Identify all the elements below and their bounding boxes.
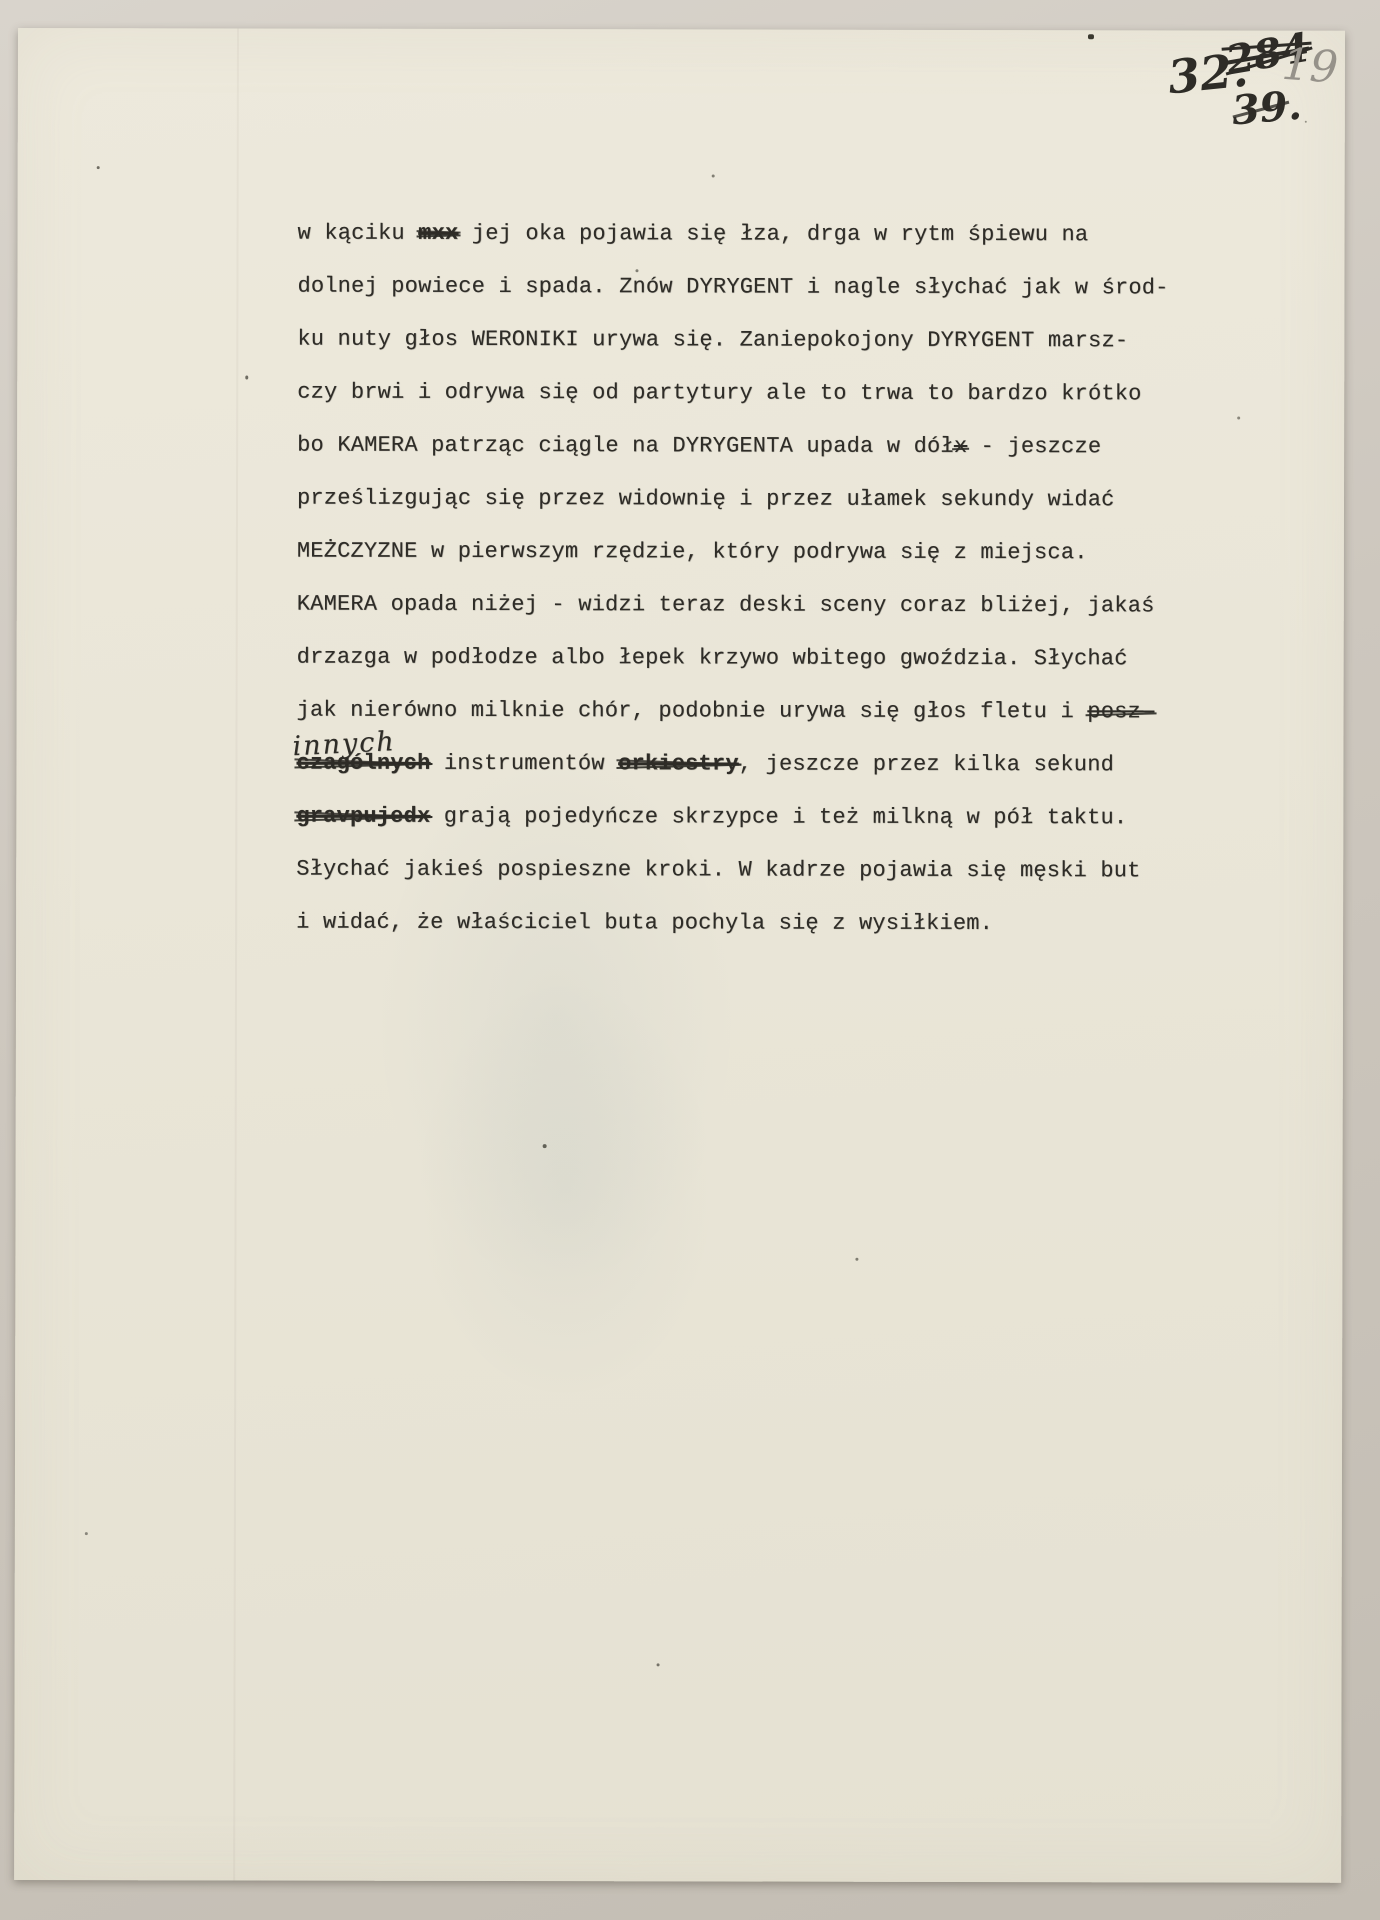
scan-speck <box>635 269 638 272</box>
typed-line: prześlizgując się przez widownię i przez… <box>297 472 1187 527</box>
ink-bleed-ghost <box>415 979 716 1400</box>
typed-text: prześlizgując się przez widownię i przez… <box>297 486 1115 513</box>
scan-speck <box>245 375 248 379</box>
typed-line: czy brwi i odrywa się od partytury ale t… <box>297 366 1187 421</box>
typed-line: ku nuty głos WERONIKI urywa się. Zaniepo… <box>297 313 1187 368</box>
typed-text: w kąciku <box>298 221 419 246</box>
typed-text: KAMERA opada niżej - widzi teraz deski s… <box>297 592 1155 619</box>
scan-speck <box>657 1663 660 1666</box>
typed-text: , jeszcze przez kilka sekund <box>739 752 1114 778</box>
typed-text: i widać, że właściciel buta pochyla się … <box>296 910 993 936</box>
struck-text: posz- <box>1087 699 1154 724</box>
scan-speck <box>1237 417 1240 420</box>
typed-text: grają pojedyńcze skrzypce i też milkną w… <box>430 804 1127 830</box>
typed-text: ku nuty głos WERONIKI urywa się. Zaniepo… <box>297 327 1128 354</box>
typed-text: Słychać jakieś pospieszne kroki. W kadrz… <box>296 857 1140 884</box>
handwritten-correction: innych <box>292 726 397 762</box>
typed-line: drzazga w podłodze albo łepek krzywo wbi… <box>297 631 1187 686</box>
scan-speck <box>97 166 100 169</box>
typed-line: Słychać jakieś pospieszne kroki. W kadrz… <box>296 843 1186 898</box>
struck-text: x <box>954 434 967 459</box>
typed-line: jak nierówno milknie chór, podobnie uryw… <box>297 684 1187 739</box>
typed-text: - jeszcze <box>967 434 1101 459</box>
typed-line: bo KAMERA patrząc ciągle na DYRYGENTA up… <box>297 419 1187 474</box>
typed-text: jej oka pojawia się łza, drga w rytm śpi… <box>458 221 1088 247</box>
paper-crease <box>233 28 239 1880</box>
struck-text: mxx <box>418 221 458 246</box>
scan-speck <box>85 1532 88 1535</box>
typed-line: dolnej powiece i spada. Znów DYRYGENT i … <box>297 260 1187 315</box>
typed-text: drzazga w podłodze albo łepek krzywo wbi… <box>297 645 1128 672</box>
typed-line: KAMERA opada niżej - widzi teraz deski s… <box>297 578 1187 633</box>
typed-text: dolnej powiece i spada. Znów DYRYGENT i … <box>297 274 1168 301</box>
scan-speck <box>855 1258 858 1261</box>
typed-text: instrumentów <box>430 751 618 776</box>
scan-speck <box>319 283 321 285</box>
typed-text: jak nierówno milknie chór, podobnie uryw… <box>297 698 1088 725</box>
page-number-secondary: 39. <box>1230 82 1303 135</box>
typed-text: czy brwi i odrywa się od partytury ale t… <box>297 380 1141 407</box>
typed-text: MEŻCZYZNE w pierwszym rzędzie, który pod… <box>297 539 1088 566</box>
struck-text: gravpujedx <box>296 804 430 829</box>
typed-line: gravpujedx grają pojedyńcze skrzypce i t… <box>296 790 1186 845</box>
scan-speck <box>712 174 715 177</box>
typed-line: MEŻCZYZNE w pierwszym rzędzie, który pod… <box>297 525 1187 580</box>
typed-text: bo KAMERA patrząc ciągle na DYRYGENTA up… <box>297 433 954 459</box>
scan-speck <box>543 1144 547 1148</box>
typed-line: i widać, że właściciel buta pochyla się … <box>296 896 1186 951</box>
struck-text: orkiestry <box>618 751 739 776</box>
scan-speck <box>1305 121 1307 123</box>
typescript-text: w kąciku mxx jej oka pojawia się łza, dr… <box>296 207 1188 951</box>
document-page: 32. 284 19 39. w kąciku mxx jej oka poja… <box>14 28 1345 1883</box>
typed-line: w kąciku mxx jej oka pojawia się łza, dr… <box>298 207 1188 262</box>
typed-line: czagólnych instrumentów orkiestry, jeszc… <box>296 737 1186 792</box>
scan-speck <box>1088 34 1094 39</box>
